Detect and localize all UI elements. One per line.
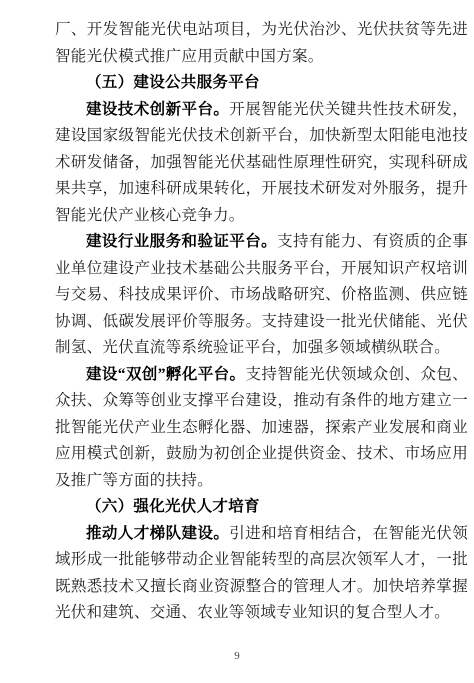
body-line: 域形成一批能够带动企业智能转型的高层次领军人才，一批 [55,547,468,574]
para-talent-first-line: 推动人才梯队建设。引进和培育相结合，在智能光伏领 [55,521,468,548]
para-tech-lead: 建设技术创新平台。 [86,101,229,118]
body-line: 协调、低碳发展评价等服务。支持建设一批光伏储能、光伏 [55,309,468,336]
body-line: 既熟悉技术又擅长商业资源整合的管理人才。加快培养掌握 [55,574,468,601]
para-industry-first-rest: 支持有能力、有资质的企事 [277,233,468,250]
body-line: 众扶、众筹等创业支撑平台建设，推动有条件的地方建立一 [55,388,468,415]
body-line: 业单位建设产业技术基础公共服务平台，开展知识产权培训 [55,256,468,283]
body-line: 应用模式创新，鼓励为初创企业提供资金、技术、市场应用 [55,441,468,468]
body-line: 制氢、光伏直流等系统验证平台，加强多领域横纵联合。 [55,335,468,362]
para-industry-lead: 建设行业服务和验证平台。 [86,233,277,250]
body-line: 果共享，加速科研成果转化，开展技术研发对外服务，提升 [55,176,468,203]
document-page: 厂、开发智能光伏电站项目，为光伏治沙、光伏扶贫等先进 智能光伏模式推广应用贡献中… [0,0,474,683]
body-line: 智能光伏模式推广应用贡献中国方案。 [55,44,468,71]
para-talent-first-rest: 引进和培育相结合，在智能光伏领 [229,525,468,542]
para-industry-first-line: 建设行业服务和验证平台。支持有能力、有资质的企事 [55,229,468,256]
body-line: 光伏和建筑、交通、农业等领域专业知识的复合型人才。 [55,600,468,627]
body-line: 智能光伏产业核心竞争力。 [55,203,468,230]
section-heading-5: （五）建设公共服务平台 [55,70,468,97]
para-shuangchuang-first-line: 建设“双创”孵化平台。支持智能光伏领域众创、众包、 [55,362,468,389]
para-shuangchuang-lead: 建设“双创”孵化平台。 [86,366,245,383]
body-line: 建设国家级智能光伏技术创新平台，加快新型太阳能电池技 [55,123,468,150]
body-line: 术研发储备，加强智能光伏基础性原理性研究，实现科研成 [55,150,468,177]
page-number: 9 [0,650,474,662]
section-heading-6: （六）强化光伏人才培育 [55,494,468,521]
document-body: 厂、开发智能光伏电站项目，为光伏治沙、光伏扶贫等先进 智能光伏模式推广应用贡献中… [55,17,468,627]
body-line: 及推广等方面的扶持。 [55,468,468,495]
body-line: 批智能光伏产业生态孵化器、加速器，探索产业发展和商业 [55,415,468,442]
body-line: 厂、开发智能光伏电站项目，为光伏治沙、光伏扶贫等先进 [55,17,468,44]
para-tech-first-line: 建设技术创新平台。开展智能光伏关键共性技术研发， [55,97,468,124]
para-tech-first-rest: 开展智能光伏关键共性技术研发， [229,101,468,118]
body-line: 与交易、科技成果评价、市场战略研究、价格监测、供应链 [55,282,468,309]
para-shuangchuang-first-rest: 支持智能光伏领域众创、众包、 [245,366,468,383]
para-talent-lead: 推动人才梯队建设。 [86,525,229,542]
